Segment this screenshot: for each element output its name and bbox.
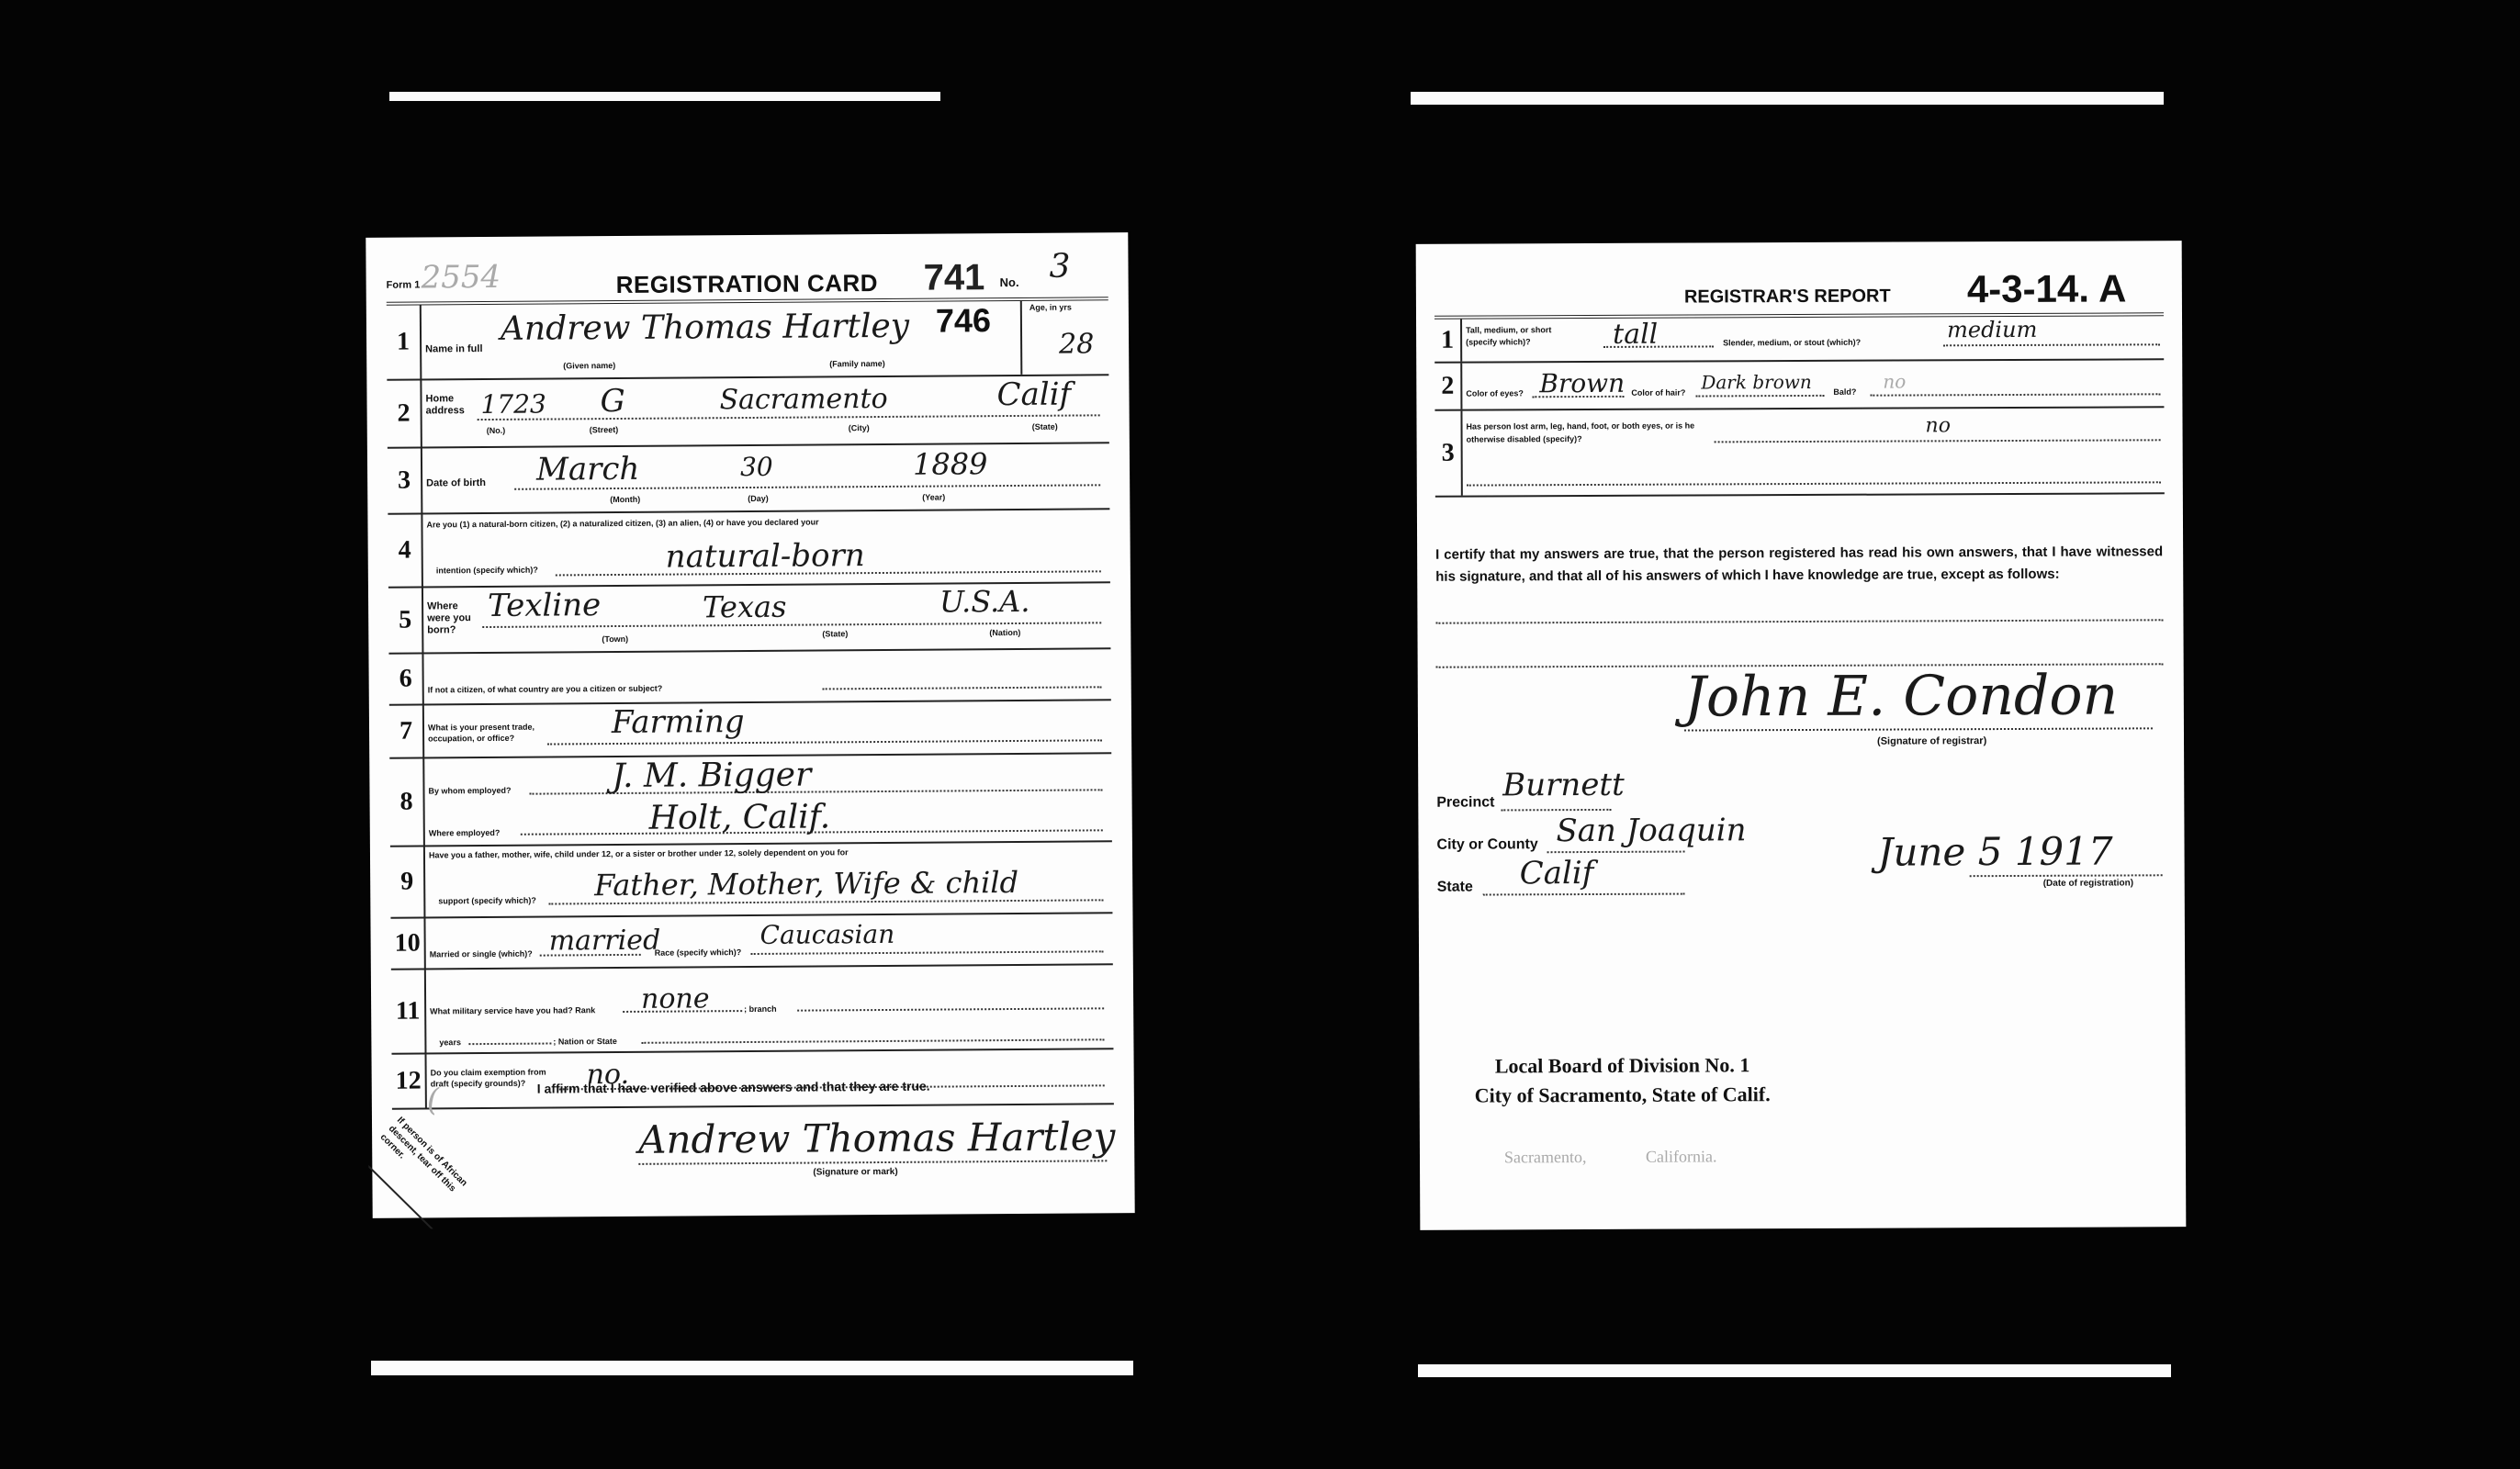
city-county-label: City or County <box>1436 836 1537 853</box>
row-number: 1 <box>1434 320 1462 362</box>
field-label: By whom employed? <box>428 786 511 796</box>
card-title: REGISTRATION CARD <box>616 269 879 299</box>
field-label: Tall, medium, or short (specify which)? <box>1466 324 1567 348</box>
form-number-handwritten: 2554 <box>421 259 501 297</box>
employment-location-value: Holt, Calif. <box>649 798 831 836</box>
disability-value: no <box>1925 414 1951 437</box>
row-employer: 8 By whom employed? J. M. Bigger Where e… <box>389 754 1112 847</box>
birth-town: Texline <box>488 587 601 624</box>
field-label: Where employed? <box>429 828 501 838</box>
row-number: 6 <box>388 654 423 703</box>
citizenship-value: natural-born <box>666 537 865 576</box>
registrars-report-card: REGISTRAR'S REPORT 4-3-14. A 1 Tall, med… <box>1416 241 2187 1230</box>
address-state: Calif <box>996 376 1071 414</box>
row-number: 9 <box>390 847 426 916</box>
row-height-build: 1 Tall, medium, or short (specify which)… <box>1434 316 2164 363</box>
age-label: Age, in yrs <box>1029 303 1072 312</box>
certification-text: I certify that my answers are true, that… <box>1435 541 2163 588</box>
row-eyes-hair: 2 Color of eyes? Brown Color of hair? Da… <box>1434 360 2164 410</box>
age-value: 28 <box>1059 328 1094 360</box>
field-label: Married or single (which)? <box>430 949 533 959</box>
row-birthplace: 5 Where were you born? Texline Texas U.S… <box>388 583 1110 654</box>
row-number: 2 <box>387 380 422 446</box>
military-rank-value: none <box>641 982 710 1015</box>
field-label: Race (specify which)? <box>655 948 742 958</box>
race-value: Caucasian <box>759 919 894 950</box>
height-value: tall <box>1613 319 1658 351</box>
eye-color-value: Brown <box>1539 368 1625 398</box>
board-line-2: City of Sacramento, State of Calif. <box>1475 1080 1771 1110</box>
field-label: Color of eyes? <box>1466 388 1524 398</box>
field-label: Home address <box>425 393 471 417</box>
affirmation-text: I affirm that I have verified above answ… <box>537 1079 930 1096</box>
registrar-signature-label: (Signature of registrar) <box>1877 735 1986 747</box>
row-dependents: 9 Have you a father, mother, wife, child… <box>390 842 1113 918</box>
form-label: Form 1 <box>387 279 421 290</box>
row-citizenship: 4 Are you (1) a natural-born citizen, (2… <box>388 510 1110 588</box>
stamp-number: 741 <box>923 257 984 298</box>
field-label: ; Nation or State <box>553 1037 617 1046</box>
sub-label: (Street) <box>590 425 619 434</box>
birth-state: Texas <box>703 589 787 625</box>
row-occupation: 7 What is your present trade, occupation… <box>389 701 1111 758</box>
row-number: 4 <box>388 514 423 586</box>
row-number: 10 <box>390 918 425 968</box>
city-county-value: San Joaquin <box>1556 812 1746 849</box>
birth-day: 30 <box>740 452 773 482</box>
field-label: Where were you born? <box>427 600 478 636</box>
registration-date-label: (Date of registration) <box>2043 878 2133 888</box>
row-number: 8 <box>389 758 425 845</box>
precinct-value: Burnett <box>1502 767 1625 804</box>
row-military-service: 11 What military service have you had? R… <box>391 965 1114 1054</box>
row-date-of-birth: 3 Date of birth March 30 1889 (Month) (D… <box>388 443 1109 514</box>
sub-label: (Nation) <box>989 628 1020 637</box>
no-label: No. <box>1000 275 1019 289</box>
report-header: REGISTRAR'S REPORT 4-3-14. A <box>1434 257 2164 319</box>
sub-label: (Month) <box>610 495 640 504</box>
state-value: Calif <box>1520 855 1594 891</box>
dependents-value: Father, Mother, Wife & child <box>594 865 1018 903</box>
employer-value: J. M. Bigger <box>612 757 811 796</box>
film-frame-edge-top-right <box>1411 92 2164 105</box>
row-marital-race: 10 Married or single (which)? married Ra… <box>390 914 1112 970</box>
registration-rows: 1 Name in full Andrew Thomas Hartley (Gi… <box>387 300 1114 1109</box>
row-number: 2 <box>1434 364 1462 409</box>
field-label: Slender, medium, or stout (which)? <box>1723 338 1861 348</box>
field-label: Color of hair? <box>1631 388 1685 398</box>
row-number: 3 <box>1434 411 1462 496</box>
row-foreign-citizenship: 6 If not a citizen, of what country are … <box>388 649 1110 705</box>
birth-month: March <box>536 451 640 488</box>
field-label: years <box>439 1037 461 1047</box>
sub-label: (No.) <box>487 426 506 435</box>
signature-label: (Signature or mark) <box>813 1167 897 1178</box>
sub-label: (Town) <box>602 634 628 644</box>
sub-label: (Given name) <box>563 361 615 370</box>
build-value: medium <box>1947 317 2037 342</box>
sub-label: (Family name) <box>829 359 885 368</box>
address-street: G <box>600 383 624 420</box>
registration-card-header: Form 1 2554 REGISTRATION CARD 741 No. 3 <box>386 254 1108 305</box>
report-title: REGISTRAR'S REPORT <box>1684 286 1891 308</box>
registration-date-line <box>1970 874 2163 877</box>
film-frame-edge-top-left <box>389 92 940 101</box>
sub-label: (Day) <box>748 494 769 503</box>
stamp-number-2: 746 <box>936 301 991 340</box>
sub-label: (Year) <box>922 493 945 502</box>
film-frame-edge-bottom-right <box>1418 1364 2171 1377</box>
row-disability: 3 Has person lost arm, leg, hand, foot, … <box>1434 408 2164 497</box>
card-number: 3 <box>1049 248 1070 286</box>
address-number: 1723 <box>480 389 546 420</box>
local-board-stamp: Local Board of Division No. 1 City of Sa… <box>1475 1050 1771 1110</box>
precinct-label: Precinct <box>1436 794 1494 811</box>
registration-card: Form 1 2554 REGISTRATION CARD 741 No. 3 … <box>366 232 1134 1218</box>
field-label: What is your present trade, occupation, … <box>428 722 538 745</box>
registrant-signature: Andrew Thomas Hartley <box>638 1114 1116 1162</box>
field-label: Has person lost arm, leg, hand, foot, or… <box>1466 419 1714 445</box>
row-number: 1 <box>387 305 422 378</box>
row-number: 3 <box>388 448 422 512</box>
field-label: Bald? <box>1833 387 1856 397</box>
sub-label: (State) <box>1032 422 1058 432</box>
birth-nation: U.S.A. <box>939 584 1030 620</box>
hair-color-value: Dark brown <box>1701 371 1812 394</box>
address-city: Sacramento <box>719 383 887 416</box>
field-label: Date of birth <box>426 477 486 488</box>
name-value: Andrew Thomas Hartley <box>501 308 909 348</box>
field-label: If not a citizen, of what country are yo… <box>428 684 663 695</box>
field-label: ; branch <box>744 1004 777 1014</box>
field-label: Have you a father, mother, wife, child u… <box>429 847 849 859</box>
field-label: intention (specify which)? <box>436 566 538 576</box>
row-number: 5 <box>388 588 423 652</box>
sub-label: (State) <box>822 629 848 638</box>
exceptions-line <box>1435 619 2163 623</box>
row-number: 11 <box>391 970 427 1052</box>
registrar-signature: John E. Condon <box>1684 663 2119 729</box>
tear-off-corner-note: If person is of African descent, tear of… <box>377 1115 481 1217</box>
report-rows: 1 Tall, medium, or short (specify which)… <box>1434 316 2165 497</box>
bald-value: no <box>1883 370 1906 392</box>
report-code: 4-3-14. A <box>1967 266 2127 311</box>
row-name: 1 Name in full Andrew Thomas Hartley (Gi… <box>387 300 1109 380</box>
row-number: 7 <box>389 705 424 757</box>
marital-status-value: married <box>549 925 661 958</box>
field-label: support (specify which)? <box>438 896 536 906</box>
field-label: What military service have you had? Rank <box>430 1005 595 1015</box>
sub-label: (City) <box>849 423 870 432</box>
film-frame-edge-bottom-left <box>371 1361 1133 1375</box>
field-label: Name in full <box>425 343 482 354</box>
state-label: State <box>1437 880 1473 896</box>
tear-off-corner: If person is of African descent, tear of… <box>368 1091 507 1229</box>
registration-date: June 5 1917 <box>1877 829 2112 875</box>
row-home-address: 2 Home address 1723 G Sacramento Calif (… <box>387 376 1108 448</box>
occupation-value: Farming <box>612 703 745 741</box>
birth-year: 1889 <box>913 446 988 482</box>
field-label: Are you (1) a natural-born citizen, (2) … <box>426 517 818 529</box>
board-line-1: Local Board of Division No. 1 <box>1475 1050 1771 1081</box>
faint-stamp-text: Sacramento, California. <box>1504 1147 1717 1167</box>
